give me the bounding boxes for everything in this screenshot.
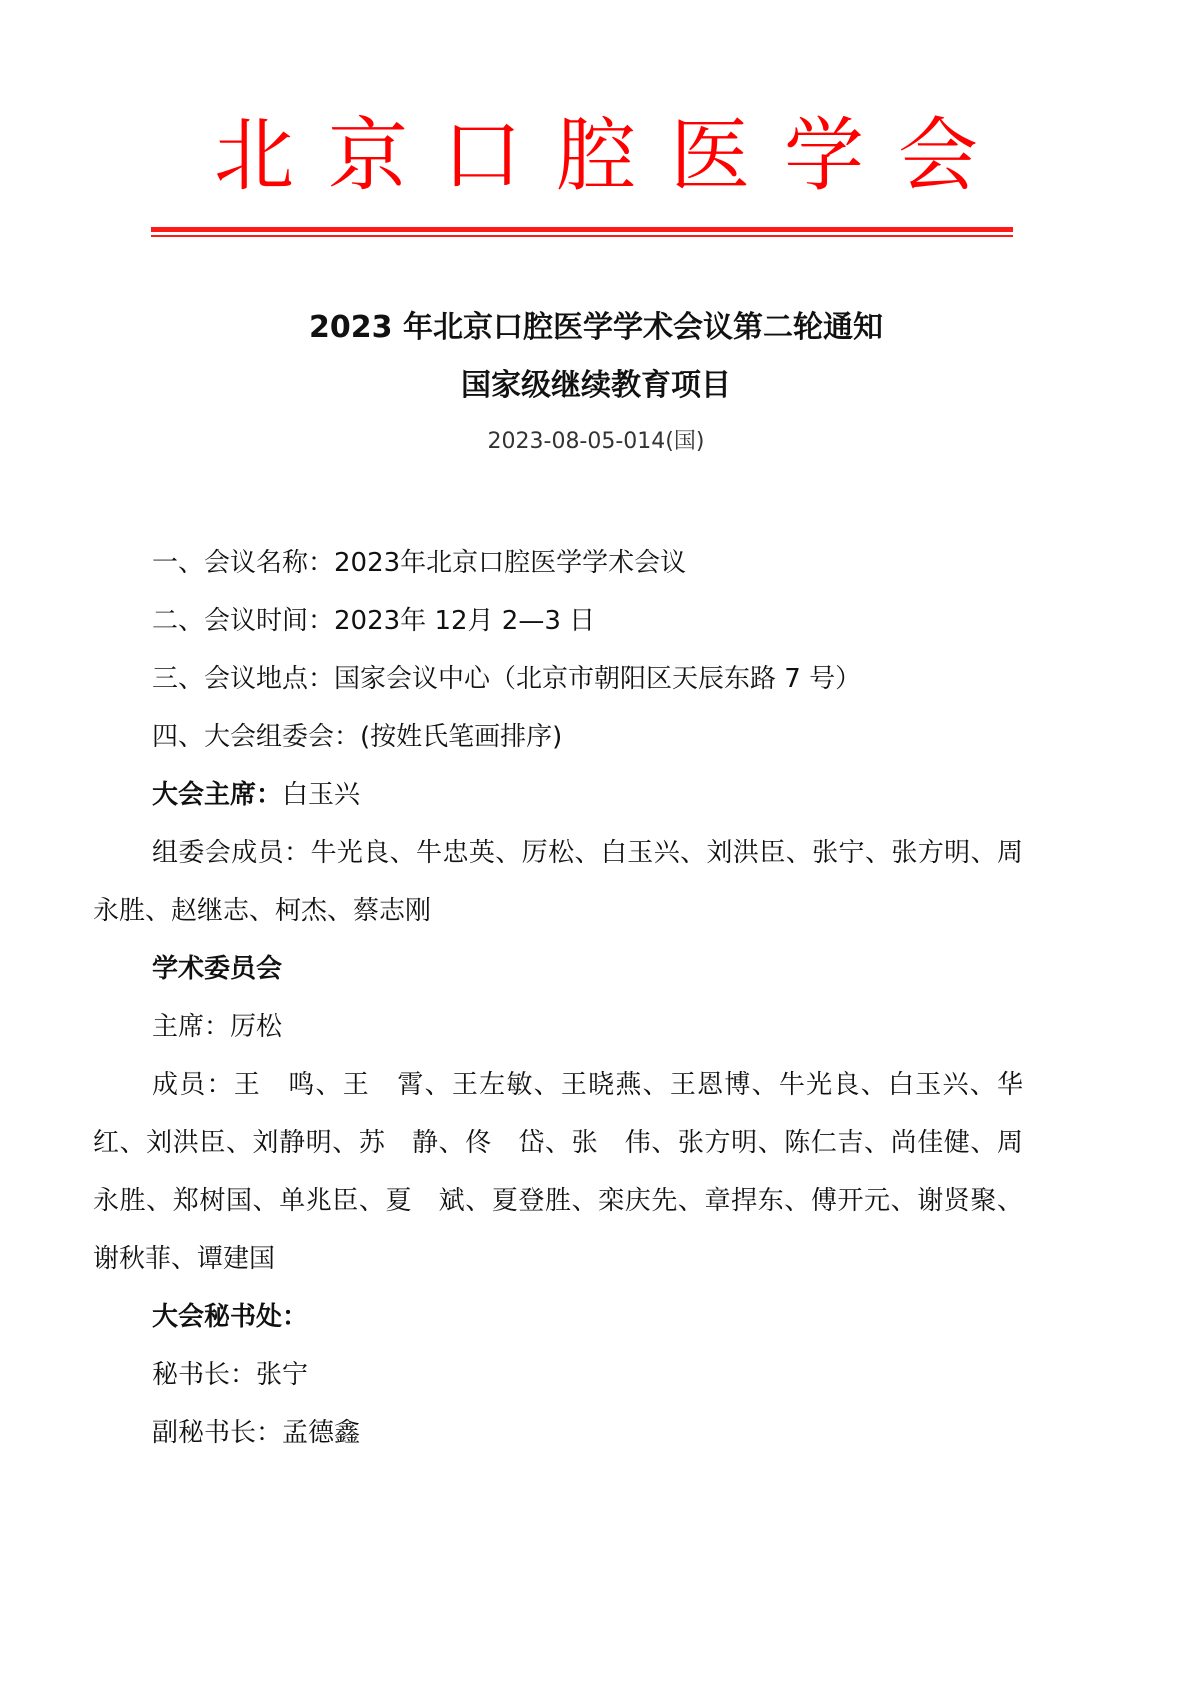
letterhead-org-name: 北京口腔医学会 [0, 108, 1192, 204]
meeting-place-line: 三、会议地点：国家会议中心（北京市朝阳区天辰东路 7 号） [93, 650, 1023, 708]
deputy-secretary-line: 副秘书长：孟德鑫 [93, 1404, 1023, 1462]
meeting-time-value: 2023年 12月 2—3 日 [334, 606, 595, 636]
meeting-place-value: 国家会议中心（北京市朝阳区天辰东路 7 号） [334, 664, 861, 694]
academic-committee-heading: 学术委员会 [93, 940, 1023, 998]
project-code: 2023-08-05-014(国) [0, 424, 1192, 455]
deputy-secretary-value: 孟德鑫 [282, 1418, 360, 1448]
meeting-name-label: 一、会议名称： [152, 548, 334, 578]
deputy-secretary-label: 副秘书长： [152, 1418, 282, 1448]
secretary-general-line: 秘书长：张宁 [93, 1346, 1023, 1404]
meeting-time-label: 二、会议时间： [152, 606, 334, 636]
secretary-general-value: 张宁 [256, 1360, 308, 1390]
organizing-committee-line: 四、大会组委会：(按姓氏笔画排序) [93, 713, 1023, 761]
conference-chair-label: 大会主席： [152, 780, 282, 810]
academic-members-label: 成员： [152, 1070, 234, 1100]
organizing-members-label: 组委会成员： [152, 838, 310, 868]
academic-members-line: 成员：王 鸣、王 霄、王左敏、王晓燕、王恩博、牛光良、白玉兴、华 红、刘洪臣、刘… [93, 1056, 1023, 1288]
secretariat-heading: 大会秘书处： [93, 1288, 1023, 1346]
academic-chair-label: 主席： [152, 1012, 230, 1042]
meeting-place-label: 三、会议地点： [152, 664, 334, 694]
conference-chair-value: 白玉兴 [282, 780, 360, 810]
secretary-general-label: 秘书长： [152, 1360, 256, 1390]
academic-chair-line: 主席：厉松 [93, 998, 1023, 1056]
letterhead-rule-thick [151, 227, 1013, 232]
meeting-name-value: 2023年北京口腔医学学术会议 [334, 548, 686, 578]
document-body: 一、会议名称：2023年北京口腔医学学术会议 二、会议时间：2023年 12月 … [93, 534, 1023, 1462]
meeting-name-line: 一、会议名称：2023年北京口腔医学学术会议 [93, 534, 1023, 592]
document-subtitle: 国家级继续教育项目 [0, 360, 1192, 404]
conference-chair-line: 大会主席：白玉兴 [93, 766, 1023, 824]
organizing-members-line: 组委会成员：牛光良、牛忠英、厉松、白玉兴、刘洪臣、张宁、张方明、周永胜、赵继志、… [93, 824, 1023, 940]
academic-members-value: 王 鸣、王 霄、王左敏、王晓燕、王恩博、牛光良、白玉兴、华 红、刘洪臣、刘静明、… [93, 1070, 1049, 1274]
document-title: 2023 年北京口腔医学学术会议第二轮通知 [0, 302, 1192, 346]
letterhead-rule-thin [151, 235, 1013, 237]
meeting-time-line: 二、会议时间：2023年 12月 2—3 日 [93, 592, 1023, 650]
academic-chair-value: 厉松 [230, 1012, 282, 1042]
organizing-committee-label: 四、大会组委会： [152, 722, 360, 752]
organizing-committee-note: (按姓氏笔画排序) [360, 722, 562, 752]
